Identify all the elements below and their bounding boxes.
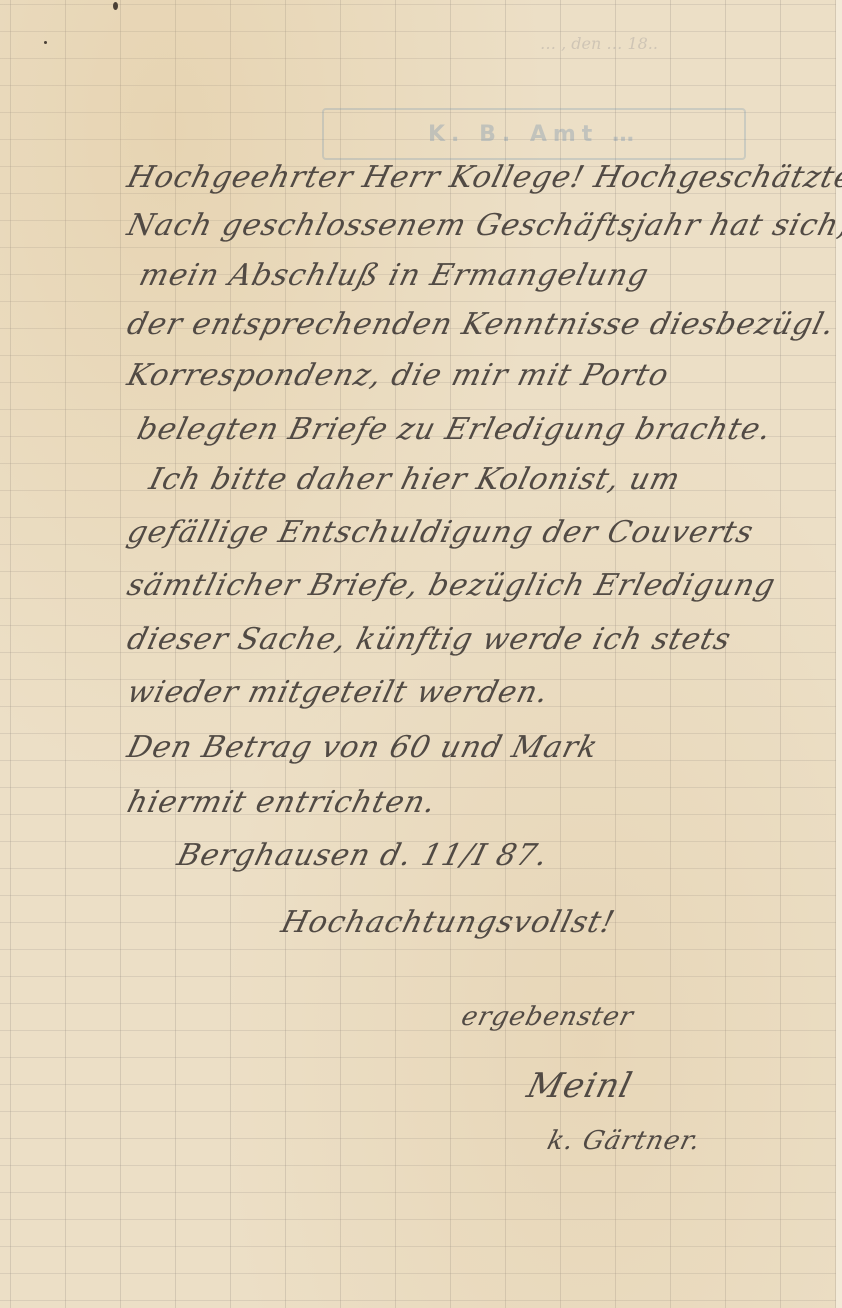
letter-line: dieser Sache, künftig werde ich stets (124, 622, 735, 657)
letter-page: … , den … 18.. K. B. Amt … Hochgeehrter … (0, 0, 842, 1308)
letter-line: Hochgeehrter Herr Kollege! Hochgeschätzt… (124, 160, 842, 195)
letter-line: mein Abschluß in Ermangelung (136, 258, 653, 293)
letter-line: der entsprechenden Kenntnisse diesbezügl… (124, 307, 839, 342)
letter-line: gefällige Entschuldigung der Couverts (124, 515, 758, 550)
ink-spot (44, 41, 47, 44)
closing-ergebenster: ergebenster (458, 1002, 637, 1032)
faint-stamp: K. B. Amt … (322, 108, 746, 160)
letter-line: hiermit entrichten. (124, 785, 440, 820)
closing-salutation: Hochachtungsvollst! (278, 905, 619, 940)
letter-line: Den Betrag von 60 und Mark (124, 730, 602, 765)
letter-line: Nach geschlossenem Geschäftsjahr hat sic… (124, 208, 842, 243)
faint-header-text: … , den … 18.. (540, 34, 658, 53)
letter-line: belegten Briefe zu Erledigung brachte. (134, 412, 776, 447)
letter-line: Ich bitte daher hier Kolonist, um (146, 462, 685, 497)
signature: Meinl (523, 1066, 637, 1106)
place-date: Berghausen d. 11/I 87. (174, 838, 552, 873)
letter-line: Korrespondenz, die mir mit Porto (124, 358, 673, 393)
letter-line: wieder mitgeteilt werden. (124, 675, 553, 710)
letter-line: sämtlicher Briefe, bezüglich Erledigung (124, 568, 780, 603)
ink-spot (113, 2, 118, 10)
paper-edge (836, 0, 842, 1308)
signature-title: k. Gärtner. (544, 1126, 704, 1156)
